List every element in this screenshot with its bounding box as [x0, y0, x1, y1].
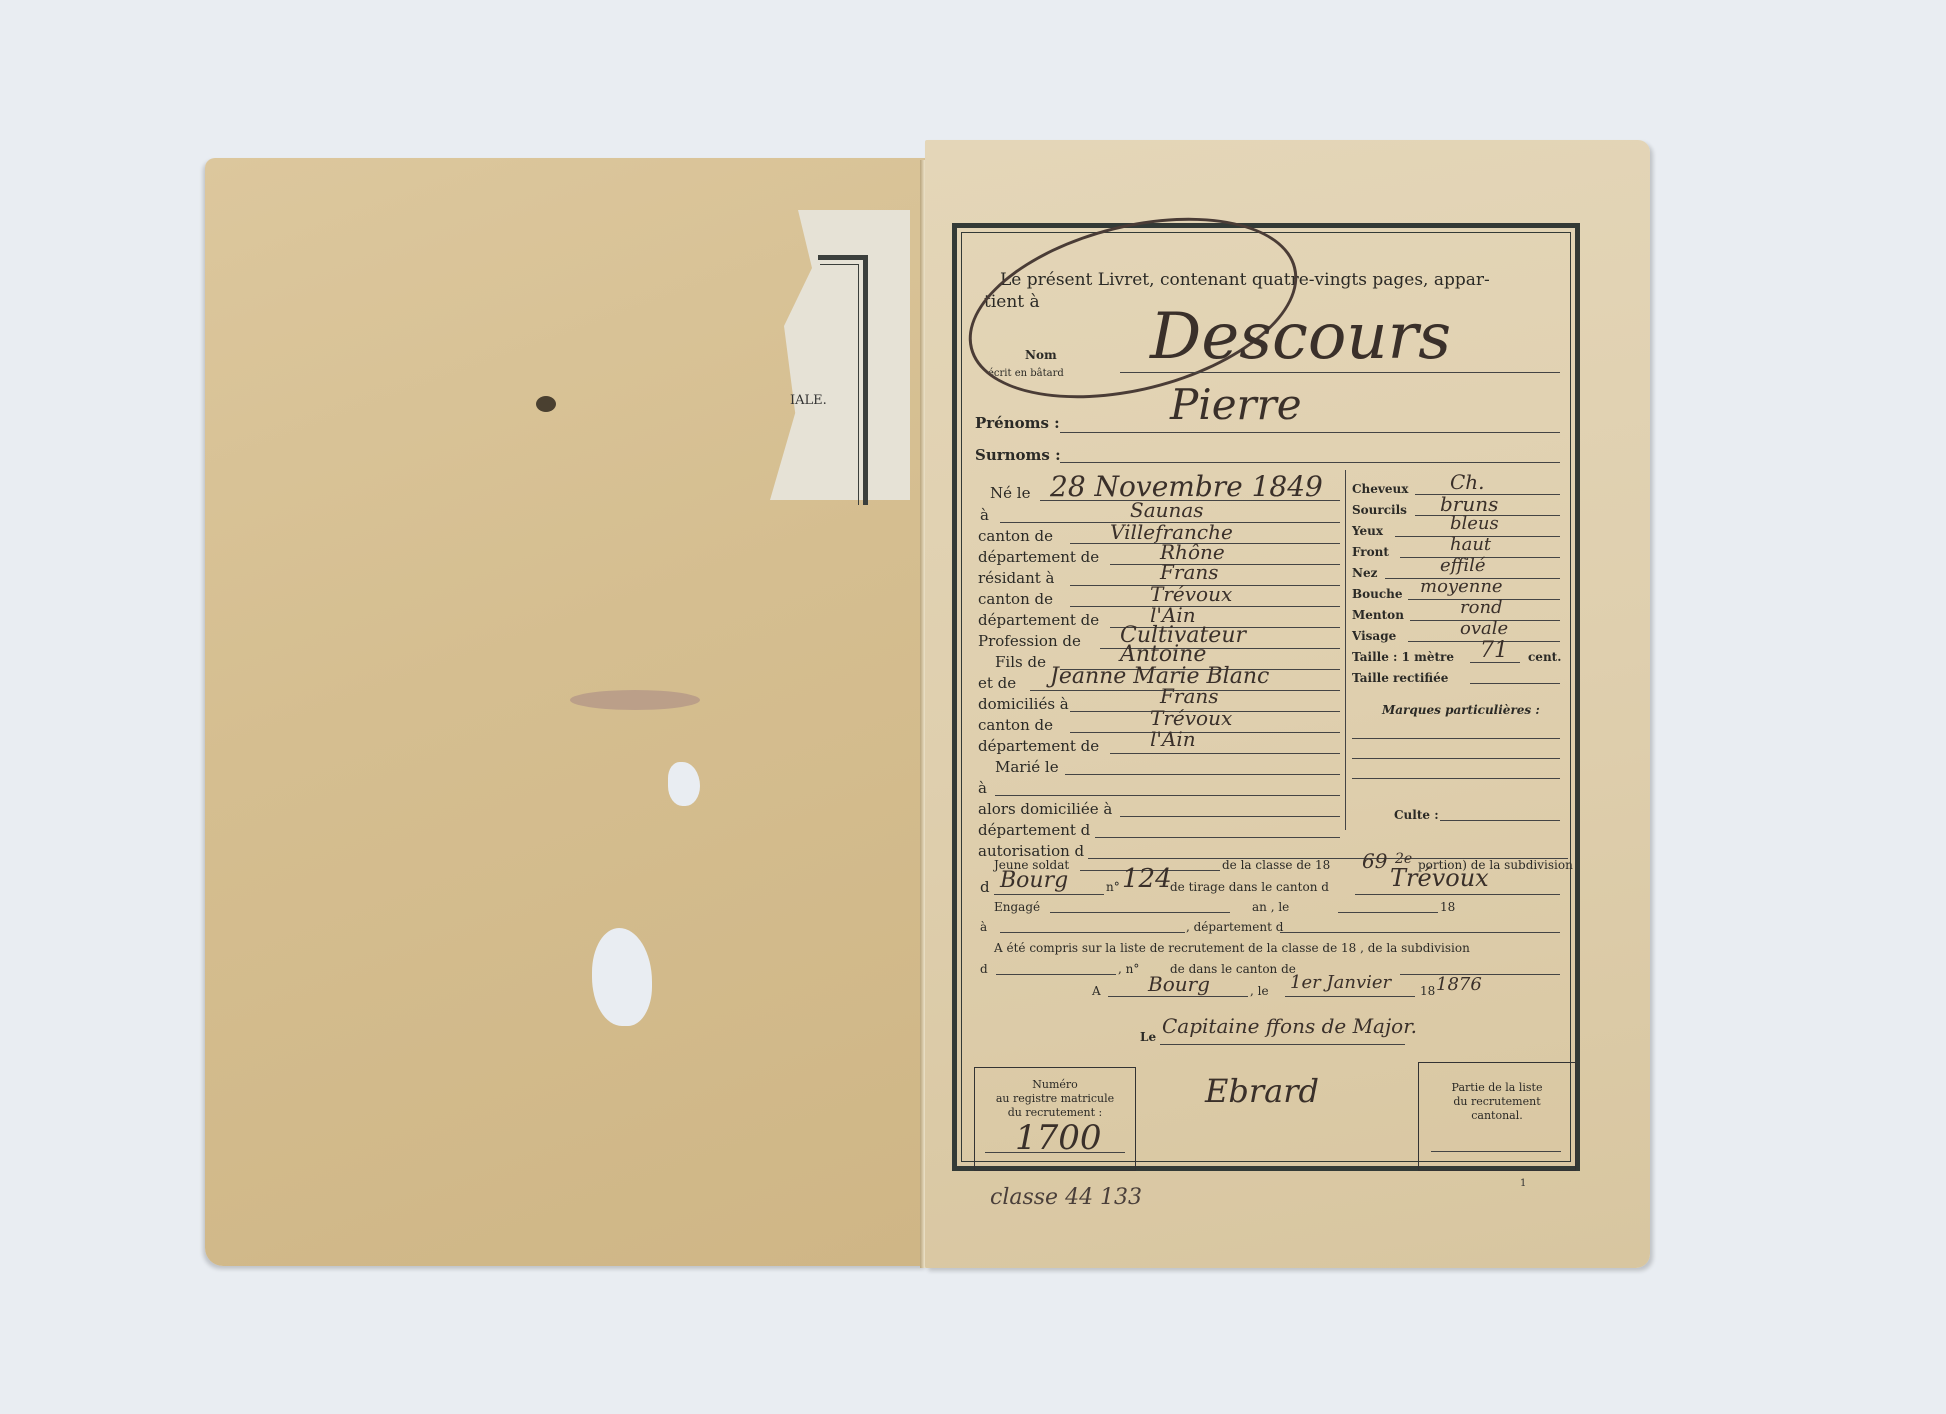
mouth-value: moyenne	[1420, 576, 1503, 597]
field-line	[1285, 996, 1415, 997]
field-label: alors domiciliée à	[978, 800, 1112, 818]
surnoms-label: Surnoms :	[975, 446, 1061, 464]
cantonal-line-3: cantonal.	[1419, 1109, 1575, 1122]
issue-date-value: 1er Janvier	[1290, 972, 1391, 993]
small-burn-hole	[536, 396, 556, 412]
column-divider	[1345, 470, 1346, 830]
field-label: et de	[978, 674, 1016, 692]
field-line	[1070, 606, 1340, 607]
registry-number-box: Numéro au registre matricule du recrutem…	[974, 1067, 1136, 1171]
class-year-value: 69	[1362, 849, 1387, 873]
nom-line	[1120, 372, 1560, 373]
religion-label: Culte :	[1394, 808, 1439, 822]
flap-frame-border	[818, 255, 868, 505]
ink-stain	[570, 690, 700, 710]
field-line	[1355, 894, 1560, 895]
desc-label: Sourcils	[1352, 503, 1407, 517]
date-label: , le	[1250, 984, 1269, 998]
field-line	[994, 894, 1104, 895]
face-value: ovale	[1460, 618, 1508, 639]
hair-value: Ch.	[1450, 470, 1485, 494]
forehead-value: haut	[1450, 534, 1491, 555]
field-label: domiciliés à	[978, 695, 1069, 713]
chin-value: rond	[1460, 597, 1503, 618]
cantonal-list-box: Partie de la liste du recrutement canton…	[1418, 1062, 1576, 1171]
desc-label: Taille rectifiée	[1352, 671, 1448, 685]
distinguishing-marks-label: Marques particulières :	[1382, 703, 1540, 717]
residence-value: Frans	[1160, 560, 1219, 584]
parents-residence-value: Frans	[1160, 684, 1219, 708]
surnoms-line	[1060, 462, 1560, 463]
field-label: à	[978, 779, 987, 797]
field-line	[1065, 774, 1340, 775]
desc-label: Yeux	[1352, 524, 1383, 538]
field-line	[1110, 753, 1340, 754]
field-line	[1110, 564, 1340, 565]
marks-line	[1352, 758, 1560, 759]
marks-line	[1352, 738, 1560, 739]
parents-department-value: l'Ain	[1150, 727, 1196, 751]
field-label: département de	[978, 548, 1099, 566]
field-label: Né le	[990, 484, 1030, 502]
desc-label: Menton	[1352, 608, 1404, 622]
field-line	[1108, 996, 1248, 997]
field-label: Profession de	[978, 632, 1081, 650]
draw-canton-value: Trévoux	[1390, 864, 1489, 892]
desc-label: Bouche	[1352, 587, 1403, 601]
flap-text: IALE.	[790, 393, 827, 408]
eyes-value: bleus	[1450, 513, 1499, 534]
nose-value: effilé	[1440, 555, 1486, 576]
registry-line-2: au registre matricule	[975, 1092, 1135, 1105]
height-unit: cent.	[1528, 650, 1561, 664]
religion-line	[1440, 820, 1560, 821]
birth-place-value: Saunas	[1130, 498, 1204, 522]
marks-line	[1352, 778, 1560, 779]
handwritten-bottom-note: classe 44 133	[990, 1185, 1142, 1210]
field-line	[1050, 912, 1230, 913]
field-line	[1095, 837, 1340, 838]
field-label: département de	[978, 737, 1099, 755]
field-label: canton de	[978, 527, 1053, 545]
cantonal-line-1: Partie de la liste	[1419, 1081, 1575, 1094]
nom-value: Descours	[1150, 300, 1451, 374]
subdivision-label-2: d	[980, 962, 988, 976]
desc-label: Taille : 1 mètre	[1352, 650, 1454, 664]
field-line	[1000, 932, 1185, 933]
field-label: Marié le	[995, 758, 1059, 776]
field-label: résidant à	[978, 569, 1055, 587]
field-line	[1160, 1044, 1405, 1045]
field-label: Fils de	[995, 653, 1046, 671]
field-line	[1120, 816, 1340, 817]
height-value: 71	[1480, 638, 1508, 663]
place-label: à	[980, 920, 987, 934]
draw-number-label: n°	[1106, 880, 1120, 894]
desc-label: Cheveux	[1352, 482, 1408, 496]
field-line	[996, 974, 1116, 975]
page-number: 1	[1520, 1178, 1526, 1189]
field-line	[1070, 732, 1340, 733]
desc-line	[1470, 683, 1560, 684]
field-label: canton de	[978, 716, 1053, 734]
number-label-2: , n°	[1118, 962, 1139, 976]
field-line	[985, 1152, 1125, 1153]
issue-year-value: 1876	[1436, 974, 1482, 995]
department-text: , département d	[1186, 920, 1283, 934]
field-label: département de	[978, 611, 1099, 629]
prenoms-line	[1060, 432, 1560, 433]
desc-label: Nez	[1352, 566, 1377, 580]
field-label: canton de	[978, 590, 1053, 608]
field-line	[1431, 1151, 1561, 1152]
field-line	[1338, 912, 1438, 913]
issued-at-value: Bourg	[1148, 972, 1210, 996]
prenoms-value: Pierre	[1170, 380, 1302, 429]
draw-text: de tirage dans le canton d	[1170, 880, 1329, 894]
year-date-text: an , le	[1252, 900, 1289, 914]
desc-label: Visage	[1352, 629, 1396, 643]
subdivision-value: Bourg	[1000, 868, 1068, 893]
desc-label: Front	[1352, 545, 1389, 559]
officer-signature: Ebrard	[1205, 1072, 1319, 1110]
field-label: département d	[978, 821, 1090, 839]
draw-number-value: 124	[1122, 864, 1172, 894]
field-line	[995, 795, 1340, 796]
signatory-label: Le	[1140, 1030, 1156, 1044]
enlisted-label: Engagé	[994, 900, 1040, 914]
class-text: de la classe de 18	[1222, 858, 1330, 872]
cantonal-line-2: du recrutement	[1419, 1095, 1575, 1108]
year-prefix: 18	[1440, 900, 1455, 914]
prenoms-label: Prénoms :	[975, 414, 1060, 432]
registry-line-1: Numéro	[975, 1078, 1135, 1091]
signatory-title: Capitaine ffons de Major.	[1162, 1014, 1417, 1038]
included-text: A été compris sur la liste de recrutemen…	[994, 941, 1470, 955]
subdivision-label: d	[980, 878, 990, 896]
field-line	[1280, 932, 1560, 933]
issued-at-label: A	[1092, 984, 1101, 998]
hole-middle	[668, 762, 700, 806]
field-label: à	[980, 506, 989, 524]
issue-year-prefix: 18	[1420, 984, 1435, 998]
